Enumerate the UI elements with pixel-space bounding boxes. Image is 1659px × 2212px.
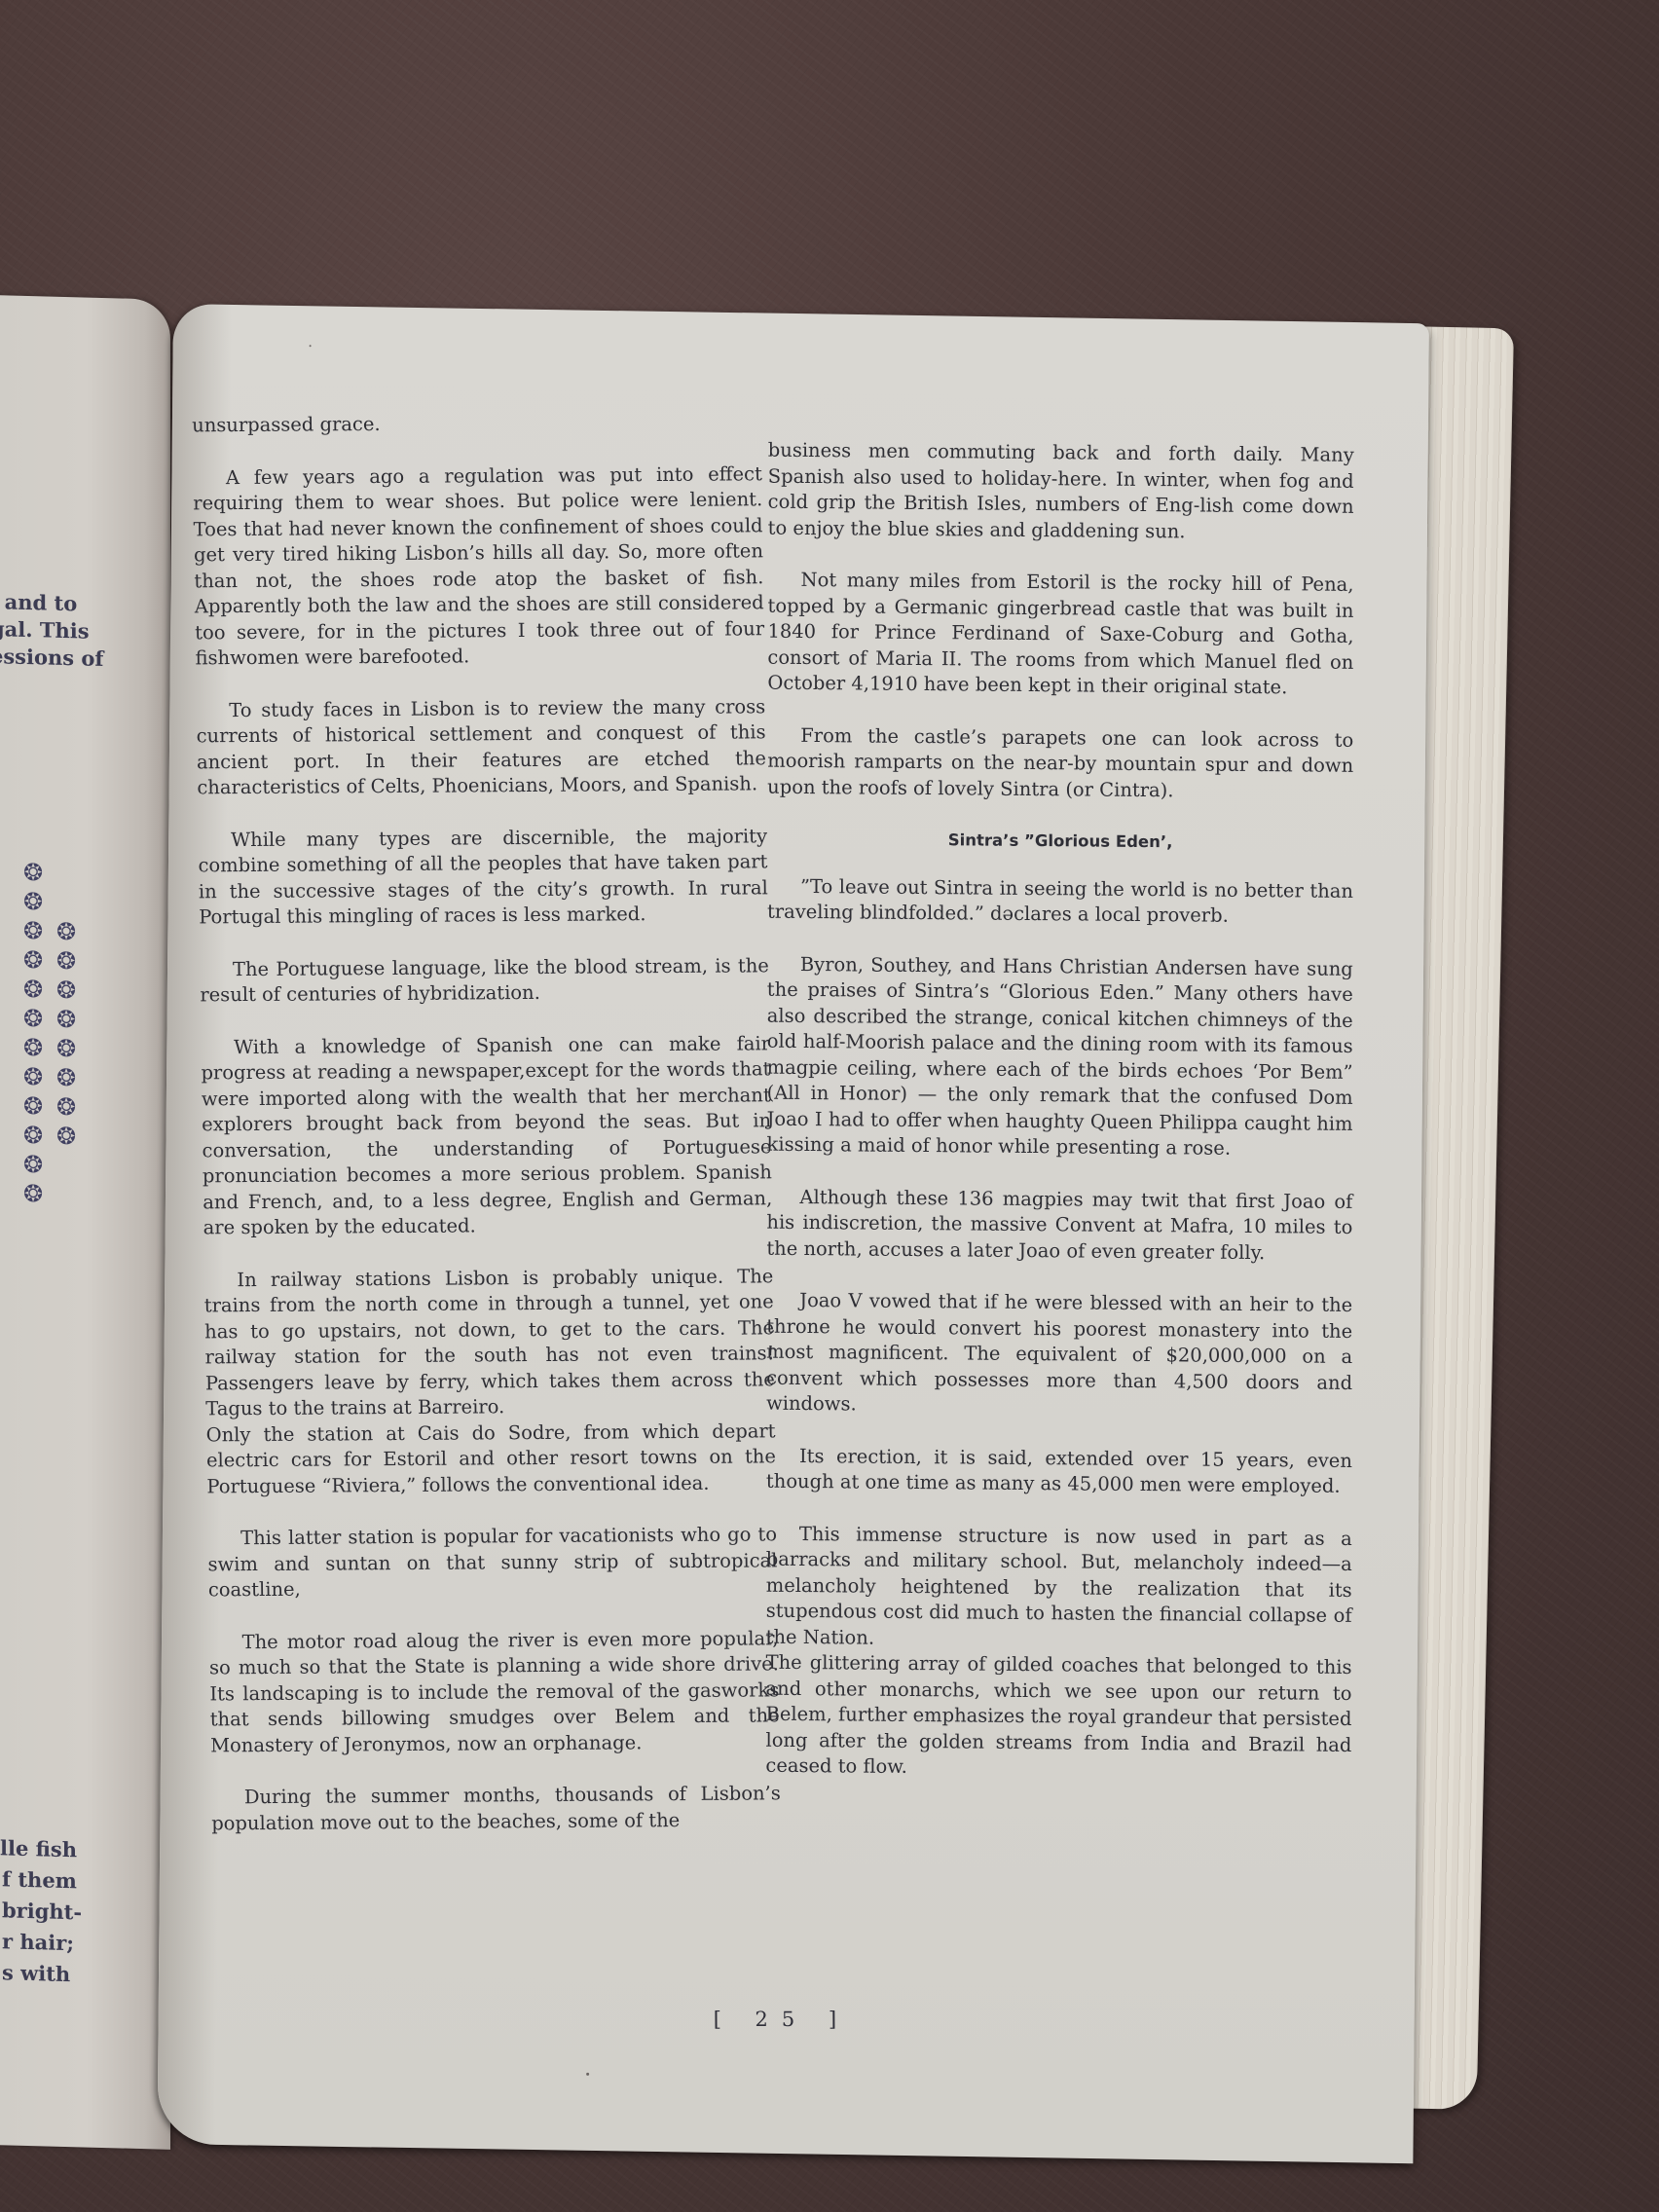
paragraph: Although these 136 magpies may twit that… [766, 1184, 1352, 1267]
paragraph: In railway stations Lisbon is probably u… [203, 1264, 775, 1422]
paragraph: During the summer months, thousands of L… [211, 1781, 782, 1836]
paper-speck [310, 345, 312, 347]
ornament-glyph-icon: ❂ [23, 948, 43, 973]
ornament-glyph-icon: ❂ [23, 1007, 43, 1031]
ornament-glyph-icon: ❂ [23, 1153, 43, 1177]
paragraph: While many types are discernible, the ma… [198, 824, 768, 931]
ornament-glyph-icon: ❂ [23, 919, 43, 943]
ornament-glyph-icon: ❂ [56, 1037, 76, 1061]
paragraph: Not many miles from Estoril is the rocky… [767, 568, 1353, 702]
right-column-paragraphs: business men commuting back and forth da… [767, 438, 1354, 805]
left-page-text-fragment: , and to [0, 589, 77, 615]
ornament-glyph-icon: ❂ [23, 1036, 43, 1060]
ornament-glyph-icon: ❂ [56, 978, 76, 1003]
paragraph: ”To leave out Sintra in seeing the world… [767, 873, 1353, 930]
paragraph: unsurpassed grace. [192, 409, 761, 439]
paragraph: This latter station is popular for vacat… [207, 1522, 778, 1604]
paragraph: From the castle’s parapets one can look … [767, 722, 1353, 805]
paragraph: The motor road aloug the river is even m… [208, 1626, 780, 1759]
left-facing-page: , and to gal. This essions of ❂❂❂❂❂❂❂❂❂❂… [0, 294, 170, 2150]
left-page-text-fragment: s with [2, 1960, 70, 1986]
paragraph: Byron, Southey, and Hans Christian Ander… [767, 951, 1353, 1162]
section-subheading: Sintra’s ”Glorious Eden’, [767, 827, 1353, 858]
ornament-glyph-icon: ❂ [56, 920, 76, 944]
ornament-crosses-icon: ❂❂❂❂❂❂❂❂ [56, 920, 76, 1149]
ornament-glyph-icon: ❂ [56, 1124, 76, 1149]
left-page-text-fragment: r hair; [2, 1929, 74, 1955]
paragraph: Joao V vowed that if he were blessed wit… [766, 1288, 1352, 1422]
ornament-glyph-icon: ❂ [23, 890, 43, 914]
right-text-column: business men commuting back and forth da… [765, 438, 1353, 1811]
ornament-crosses-icon: ❂❂❂❂❂❂❂❂❂❂❂❂ [23, 861, 43, 1206]
paper-speck [586, 2073, 589, 2076]
paragraph: business men commuting back and forth da… [768, 438, 1354, 546]
left-page-text-fragment: f them [2, 1866, 77, 1893]
left-page-text-fragment: lle fish [0, 1835, 77, 1862]
ornament-glyph-icon: ❂ [23, 1182, 43, 1206]
paragraph: The glittering array of gilded coaches t… [765, 1650, 1351, 1785]
ornament-glyph-icon: ❂ [56, 1095, 76, 1120]
paragraph: Its erection, it is said, extended over … [766, 1443, 1352, 1499]
left-page-text-fragment: bright- [2, 1898, 82, 1924]
book-page: unsurpassed grace.A few years ago a regu… [158, 304, 1429, 2163]
page-number: [ 25 ] [714, 2008, 851, 2031]
paragraph: The Portuguese language, like the blood … [200, 953, 770, 1009]
ornament-glyph-icon: ❂ [23, 977, 43, 1002]
paragraph: Only the station at Cais do Sodre, from … [205, 1419, 776, 1500]
ornament-glyph-icon: ❂ [56, 949, 76, 974]
paragraph: A few years ago a regulation was put int… [193, 461, 765, 672]
paragraph: With a knowledge of Spanish one can make… [201, 1031, 773, 1241]
paragraph: This immense structure is now used in pa… [766, 1521, 1352, 1655]
ornament-glyph-icon: ❂ [23, 1124, 43, 1148]
left-page-text-fragment: gal. This [0, 616, 90, 644]
left-text-column: unsurpassed grace.A few years ago a regu… [192, 409, 782, 1862]
ornament-glyph-icon: ❂ [56, 1008, 76, 1032]
left-page-text-fragment: essions of [0, 644, 103, 671]
ornament-glyph-icon: ❂ [23, 1094, 43, 1119]
ornament-glyph-icon: ❂ [23, 861, 43, 885]
ornament-glyph-icon: ❂ [23, 1065, 43, 1089]
right-column-paragraphs: ”To leave out Sintra in seeing the world… [765, 873, 1353, 1784]
ornament-glyph-icon: ❂ [56, 1066, 76, 1090]
paragraph: To study faces in Lisbon is to review th… [196, 694, 766, 801]
